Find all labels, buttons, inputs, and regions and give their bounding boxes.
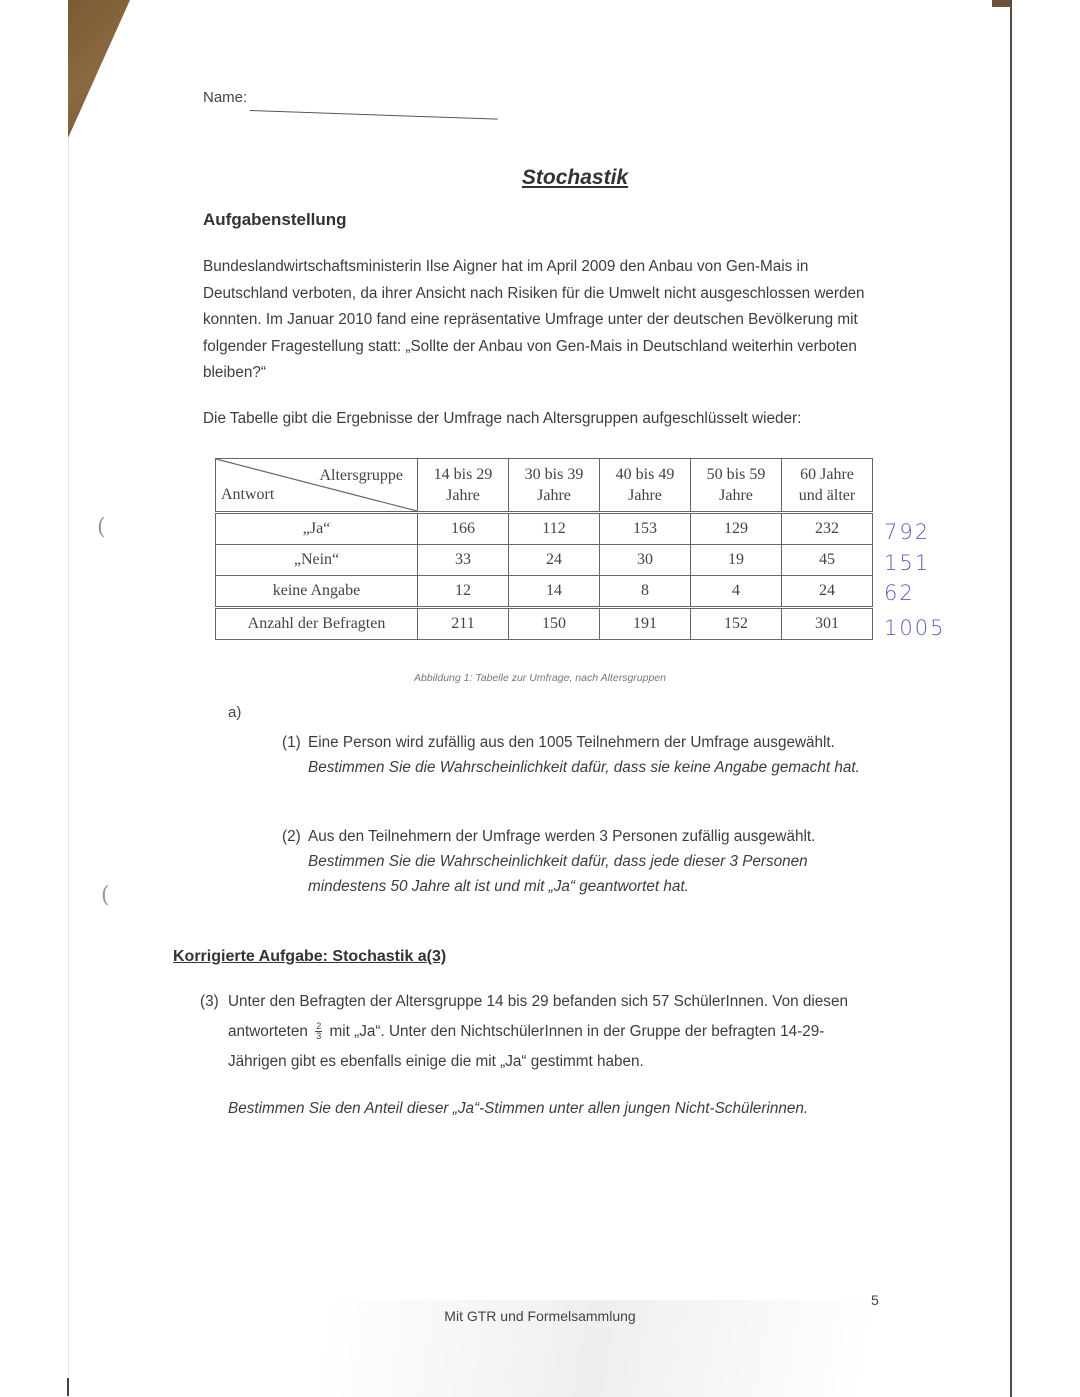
- table-corner-cell: Altersgruppe Antwort: [216, 459, 418, 513]
- paper-left-edge: [68, 138, 69, 1397]
- column-header: 14 bis 29Jahre: [418, 459, 509, 513]
- part-a-label: a): [228, 704, 241, 721]
- table-cell: 152: [691, 608, 782, 640]
- task-instruction: Bestimmen Sie die Wahrscheinlichkeit daf…: [308, 755, 882, 780]
- table-cell: 112: [509, 513, 600, 545]
- section-heading: Aufgabenstellung: [203, 210, 347, 230]
- table-cell: 301: [782, 608, 873, 640]
- handwritten-total-ja: 792: [884, 520, 930, 544]
- column-header: 60 Jahreund älter: [782, 459, 873, 513]
- task-number: (3): [200, 987, 219, 1017]
- fraction-two-thirds: 2 3: [315, 1022, 322, 1041]
- table-row: „Ja“ 166 112 153 129 232: [216, 513, 873, 545]
- task-number: (1): [282, 730, 301, 755]
- table-cell: 211: [418, 608, 509, 640]
- task-3-instruction: Bestimmen Sie den Anteil dieser „Ja“-Sti…: [228, 1100, 808, 1118]
- column-header: 30 bis 39Jahre: [509, 459, 600, 513]
- task-instruction: Bestimmen Sie die Wahrscheinlichkeit daf…: [308, 849, 882, 899]
- table-row: keine Angabe 12 14 8 4 24: [216, 576, 873, 608]
- name-field-line[interactable]: [250, 110, 498, 120]
- column-header: 50 bis 59Jahre: [691, 459, 782, 513]
- table-total-row: Anzahl der Befragten 211 150 191 152 301: [216, 608, 873, 640]
- column-header: 40 bis 49Jahre: [600, 459, 691, 513]
- handwritten-total-befragte: 1005: [884, 616, 945, 640]
- paper-right-tab: [992, 0, 1012, 7]
- paper-edge-mark: [67, 1378, 69, 1396]
- row-label: keine Angabe: [216, 576, 418, 608]
- task-statement: Eine Person wird zufällig aus den 1005 T…: [308, 730, 882, 755]
- task-number: (2): [282, 824, 301, 849]
- page-title: Stochastik: [0, 166, 1080, 190]
- table-cell: 19: [691, 545, 782, 576]
- handwritten-total-nein: 151: [884, 551, 930, 575]
- table-cell: 24: [509, 545, 600, 576]
- table-cell: 4: [691, 576, 782, 608]
- footer-note: Mit GTR und Formelsammlung: [0, 1308, 1080, 1324]
- table-cell: 45: [782, 545, 873, 576]
- corner-label-age-group: Altersgruppe: [319, 465, 403, 486]
- table-cell: 191: [600, 608, 691, 640]
- margin-mark: (: [101, 883, 110, 908]
- task-2: (2) Aus den Teilnehmern der Umfrage werd…: [282, 824, 882, 899]
- survey-table: Altersgruppe Antwort 14 bis 29Jahre 30 b…: [215, 458, 873, 640]
- corner-label-answer: Antwort: [221, 484, 274, 505]
- table-cell: 232: [782, 513, 873, 545]
- name-label: Name:: [203, 89, 247, 106]
- table-cell: 30: [600, 545, 691, 576]
- paper-right-edge: [1010, 0, 1012, 1397]
- table-row: „Nein“ 33 24 30 19 45: [216, 545, 873, 576]
- task-1: (1) Eine Person wird zufällig aus den 10…: [282, 730, 882, 780]
- table-cell: 166: [418, 513, 509, 545]
- wooden-table-background: [68, 0, 130, 138]
- page-number: 5: [871, 1292, 879, 1308]
- table-caption: Abbildung 1: Tabelle zur Umfrage, nach A…: [0, 672, 1080, 684]
- table-cell: 24: [782, 576, 873, 608]
- handwritten-total-keine-angabe: 62: [884, 581, 915, 605]
- table-cell: 8: [600, 576, 691, 608]
- table-cell: 153: [600, 513, 691, 545]
- table-cell: 12: [418, 576, 509, 608]
- table-intro: Die Tabelle gibt die Ergebnisse der Umfr…: [203, 410, 801, 428]
- corrected-task-heading: Korrigierte Aufgabe: Stochastik a(3): [173, 948, 446, 966]
- table-cell: 33: [418, 545, 509, 576]
- table-header-row: Altersgruppe Antwort 14 bis 29Jahre 30 b…: [216, 459, 873, 513]
- table-cell: 14: [509, 576, 600, 608]
- table-cell: 129: [691, 513, 782, 545]
- intro-paragraph: Bundeslandwirtschaftsministerin Ilse Aig…: [203, 254, 893, 387]
- row-label: „Nein“: [216, 545, 418, 576]
- row-label: Anzahl der Befragten: [216, 608, 418, 640]
- margin-mark: (: [97, 515, 106, 540]
- row-label: „Ja“: [216, 513, 418, 545]
- task-3: (3) Unter den Befragten der Altersgruppe…: [200, 987, 880, 1077]
- table-cell: 150: [509, 608, 600, 640]
- task-statement: Aus den Teilnehmern der Umfrage werden 3…: [308, 824, 882, 849]
